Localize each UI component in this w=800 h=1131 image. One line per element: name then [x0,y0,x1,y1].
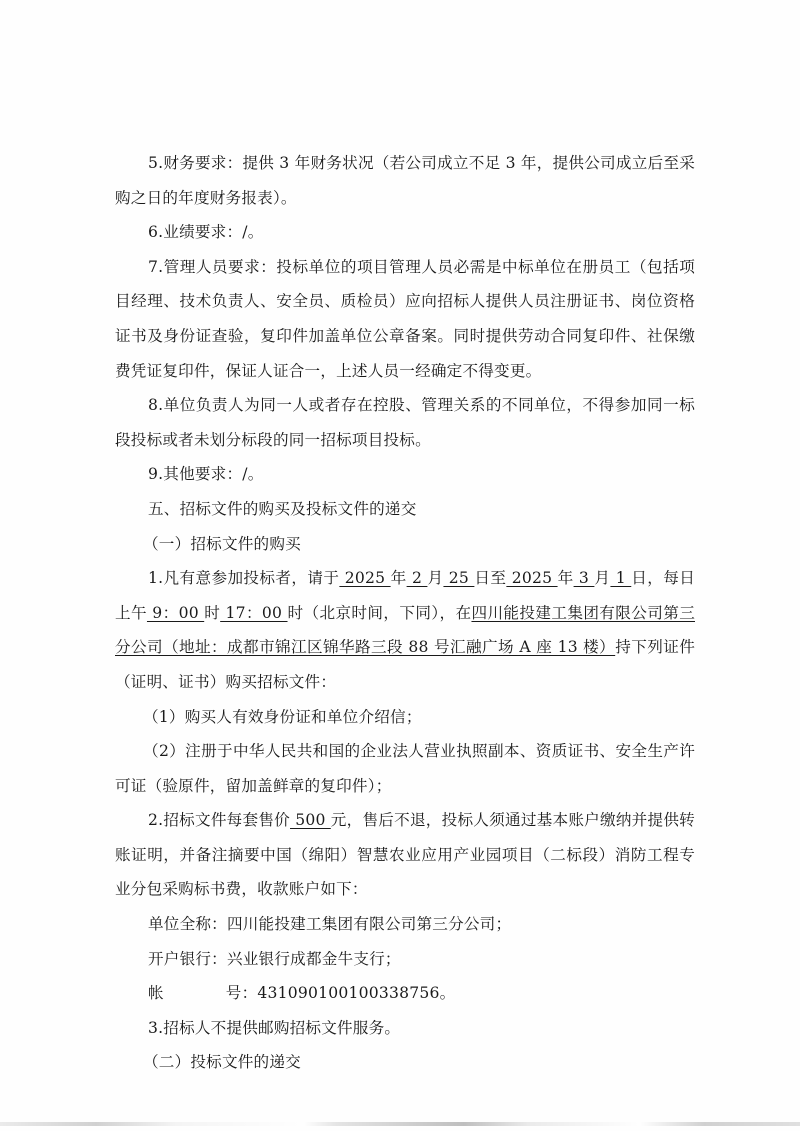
text: 5.财务要求：提供 3 年财务状况（若公司成立不足 3 年，提供公司成立后至采购… [115,154,695,207]
end-month: 3 [574,569,595,587]
text: 1.凡有意参加投标者，请于 [148,569,339,587]
start-time: 9：00 [147,604,204,622]
text: 7.管理人员要求：投标单位的项目管理人员必需是中标单位在册员工（包括项目经理、技… [115,258,695,380]
paragraph-other-requirement: 9.其他要求：/。 [115,457,695,492]
end-day: 1 [610,569,631,587]
text: 单位全称：四川能投建工集团有限公司第三分公司； [148,915,511,933]
paragraph-license-docs: （2）注册于中华人民共和国的企业法人营业执照副本、资质证书、安全生产许可证（验原… [115,734,695,803]
text: 月 [594,569,610,587]
account-number-value: 431090100100338756。 [257,984,455,1002]
end-time: 17：00 [220,604,287,622]
paragraph-no-mail-order: 3.招标人不提供邮购招标文件服务。 [115,1011,695,1046]
text: 日至 [474,569,506,587]
paragraph-finance-requirement: 5.财务要求：提供 3 年财务状况（若公司成立不足 3 年，提供公司成立后至采购… [115,146,695,215]
document-body: 5.财务要求：提供 3 年财务状况（若公司成立不足 3 年，提供公司成立后至采购… [115,146,695,1080]
text: 月 [427,569,443,587]
text: （1）购买人有效身份证和单位介绍信； [143,708,422,726]
account-bank: 开户银行：兴业银行成都金牛支行； [115,942,695,977]
account-holder-name: 单位全称：四川能投建工集团有限公司第三分公司； [115,907,695,942]
price-value: 500 [290,811,331,829]
text: 8.单位负责人为同一人或者存在控股、管理关系的不同单位，不得参加同一标段投标或者… [115,396,695,449]
paragraph-purchase-time-place: 1.凡有意参加投标者，请于 2025 年 2 月 25 日至 2025 年 3 … [115,561,695,699]
start-month: 2 [407,569,428,587]
text: 9.其他要求：/。 [148,465,264,483]
text: 3.招标人不提供邮购招标文件服务。 [148,1019,400,1037]
heading-text: 五、招标文件的购买及投标文件的递交 [148,500,417,518]
scan-edge-artifact [0,1122,800,1126]
account-label-right: 号： [226,984,258,1002]
text: 6.业绩要求：/。 [148,223,264,241]
subsection-heading-submission: （二）投标文件的递交 [115,1045,695,1080]
text: 年 [558,569,574,587]
heading-text: （二）投标文件的递交 [143,1053,301,1071]
scanned-document-page: 5.财务要求：提供 3 年财务状况（若公司成立不足 3 年，提供公司成立后至采购… [0,0,800,1131]
paragraph-id-letter: （1）购买人有效身份证和单位介绍信； [115,700,695,735]
account-label-left: 帐 [148,984,164,1002]
text: 时 [204,604,220,622]
paragraph-unit-responsible: 8.单位负责人为同一人或者存在控股、管理关系的不同单位，不得参加同一标段投标或者… [115,388,695,457]
text: 时（北京时间，下同），在 [288,604,472,622]
heading-text: （一）招标文件的购买 [143,535,301,553]
paragraph-performance-requirement: 6.业绩要求：/。 [115,215,695,250]
start-day: 25 [443,569,474,587]
account-number: 帐号：431090100100338756。 [115,976,695,1011]
subsection-heading-purchase: （一）招标文件的购买 [115,527,695,562]
paragraph-management-requirement: 7.管理人员要求：投标单位的项目管理人员必需是中标单位在册员工（包括项目经理、技… [115,250,695,388]
start-year: 2025 [339,569,390,587]
paragraph-price: 2.招标文件每套售价 500 元，售后不退，投标人须通过基本账户缴纳并提供转账证… [115,803,695,907]
text: 开户银行：兴业银行成都金牛支行； [148,950,401,968]
text: 年 [391,569,407,587]
section-heading-five: 五、招标文件的购买及投标文件的递交 [115,492,695,527]
end-year: 2025 [506,569,557,587]
text: （2）注册于中华人民共和国的企业法人营业执照副本、资质证书、安全生产许可证（验原… [115,742,695,795]
text: 2.招标文件每套售价 [148,811,290,829]
